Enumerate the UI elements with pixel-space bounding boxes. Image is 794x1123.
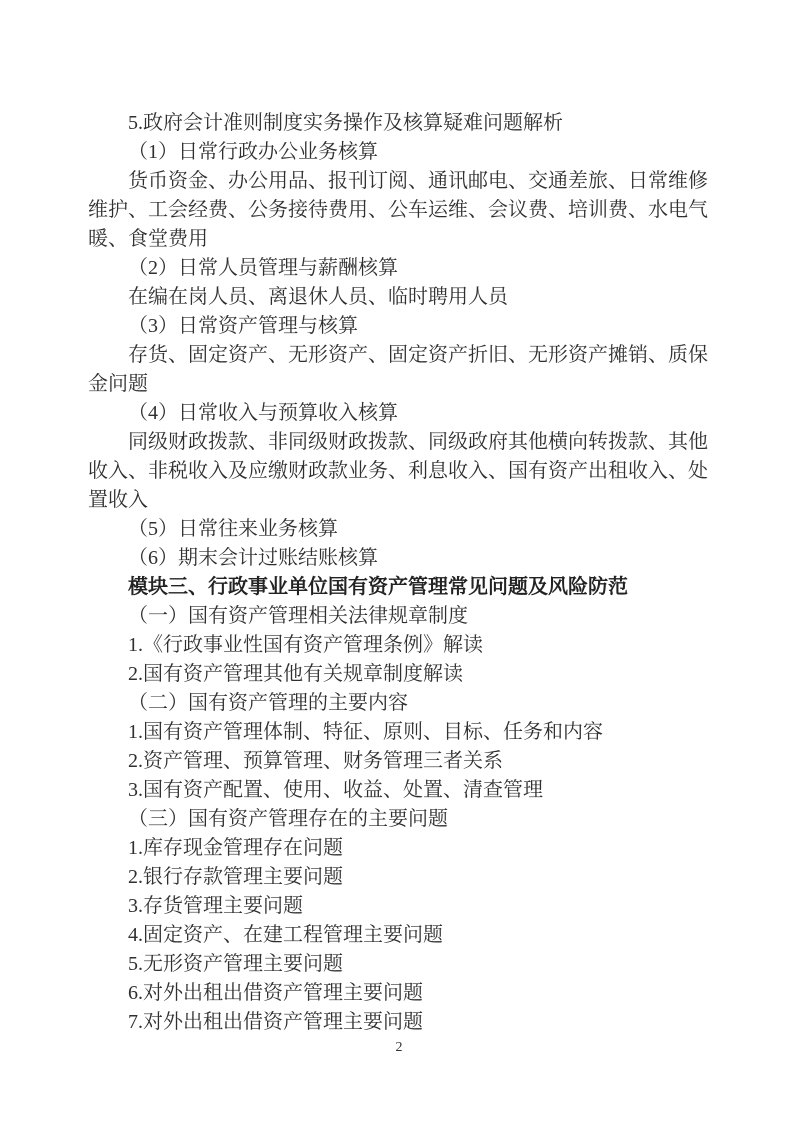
text-line: 维护、工会经费、公务接待费用、公车运维、会议费、培训费、水电气 bbox=[88, 196, 710, 225]
text-line: 置收入 bbox=[88, 486, 710, 515]
text-line: 收入、非税收入及应缴财政款业务、利息收入、国有资产出租收入、处 bbox=[88, 457, 710, 486]
text-line: （一）国有资产管理相关法律规章制度 bbox=[88, 602, 710, 631]
text-line: 存货、固定资产、无形资产、固定资产折旧、无形资产摊销、质保 bbox=[88, 341, 710, 370]
text-line: 金问题 bbox=[88, 370, 710, 399]
text-line: 3.存货管理主要问题 bbox=[88, 892, 710, 921]
text-line: 同级财政拨款、非同级财政拨款、同级政府其他横向转拨款、其他 bbox=[88, 428, 710, 457]
text-line: （5）日常往来业务核算 bbox=[88, 515, 710, 544]
text-line: 3.国有资产配置、使用、收益、处置、清查管理 bbox=[88, 776, 710, 805]
text-line: （4）日常收入与预算收入核算 bbox=[88, 399, 710, 428]
text-line: 4.固定资产、在建工程管理主要问题 bbox=[88, 921, 710, 950]
text-line: 1.《行政事业性国有资产管理条例》解读 bbox=[88, 631, 710, 660]
text-line: 1.库存现金管理存在问题 bbox=[88, 834, 710, 863]
text-line: 1.国有资产管理体制、特征、原则、目标、任务和内容 bbox=[88, 718, 710, 747]
text-line: （1）日常行政办公业务核算 bbox=[88, 138, 710, 167]
text-line: 在编在岗人员、离退休人员、临时聘用人员 bbox=[88, 283, 710, 312]
text-line: （二）国有资产管理的主要内容 bbox=[88, 689, 710, 718]
page-footer: 2 bbox=[88, 1038, 710, 1058]
section-heading-line: 模块三、行政事业单位国有资产管理常见问题及风险防范 bbox=[88, 573, 710, 602]
text-line: 2.国有资产管理其他有关规章制度解读 bbox=[88, 660, 710, 689]
text-line: （3）日常资产管理与核算 bbox=[88, 312, 710, 341]
text-line: 货币资金、办公用品、报刊订阅、通讯邮电、交通差旅、日常维修 bbox=[88, 167, 710, 196]
text-line: 2.资产管理、预算管理、财务管理三者关系 bbox=[88, 747, 710, 776]
text-line: 7.对外出租出借资产管理主要问题 bbox=[88, 1008, 710, 1037]
text-line: 6.对外出租出借资产管理主要问题 bbox=[88, 979, 710, 1008]
document-page: 5.政府会计准则制度实务操作及核算疑难问题解析（1）日常行政办公业务核算货币资金… bbox=[0, 0, 794, 1123]
text-line: 5.政府会计准则制度实务操作及核算疑难问题解析 bbox=[88, 109, 710, 138]
text-line: （三）国有资产管理存在的主要问题 bbox=[88, 805, 710, 834]
text-line: 5.无形资产管理主要问题 bbox=[88, 950, 710, 979]
text-line: （2）日常人员管理与薪酬核算 bbox=[88, 254, 710, 283]
text-line: 暖、食堂费用 bbox=[88, 225, 710, 254]
text-line: （6）期末会计过账结账核算 bbox=[88, 544, 710, 573]
document-body: 5.政府会计准则制度实务操作及核算疑难问题解析（1）日常行政办公业务核算货币资金… bbox=[88, 109, 710, 1037]
page-number: 2 bbox=[396, 1040, 403, 1055]
text-line: 2.银行存款管理主要问题 bbox=[88, 863, 710, 892]
